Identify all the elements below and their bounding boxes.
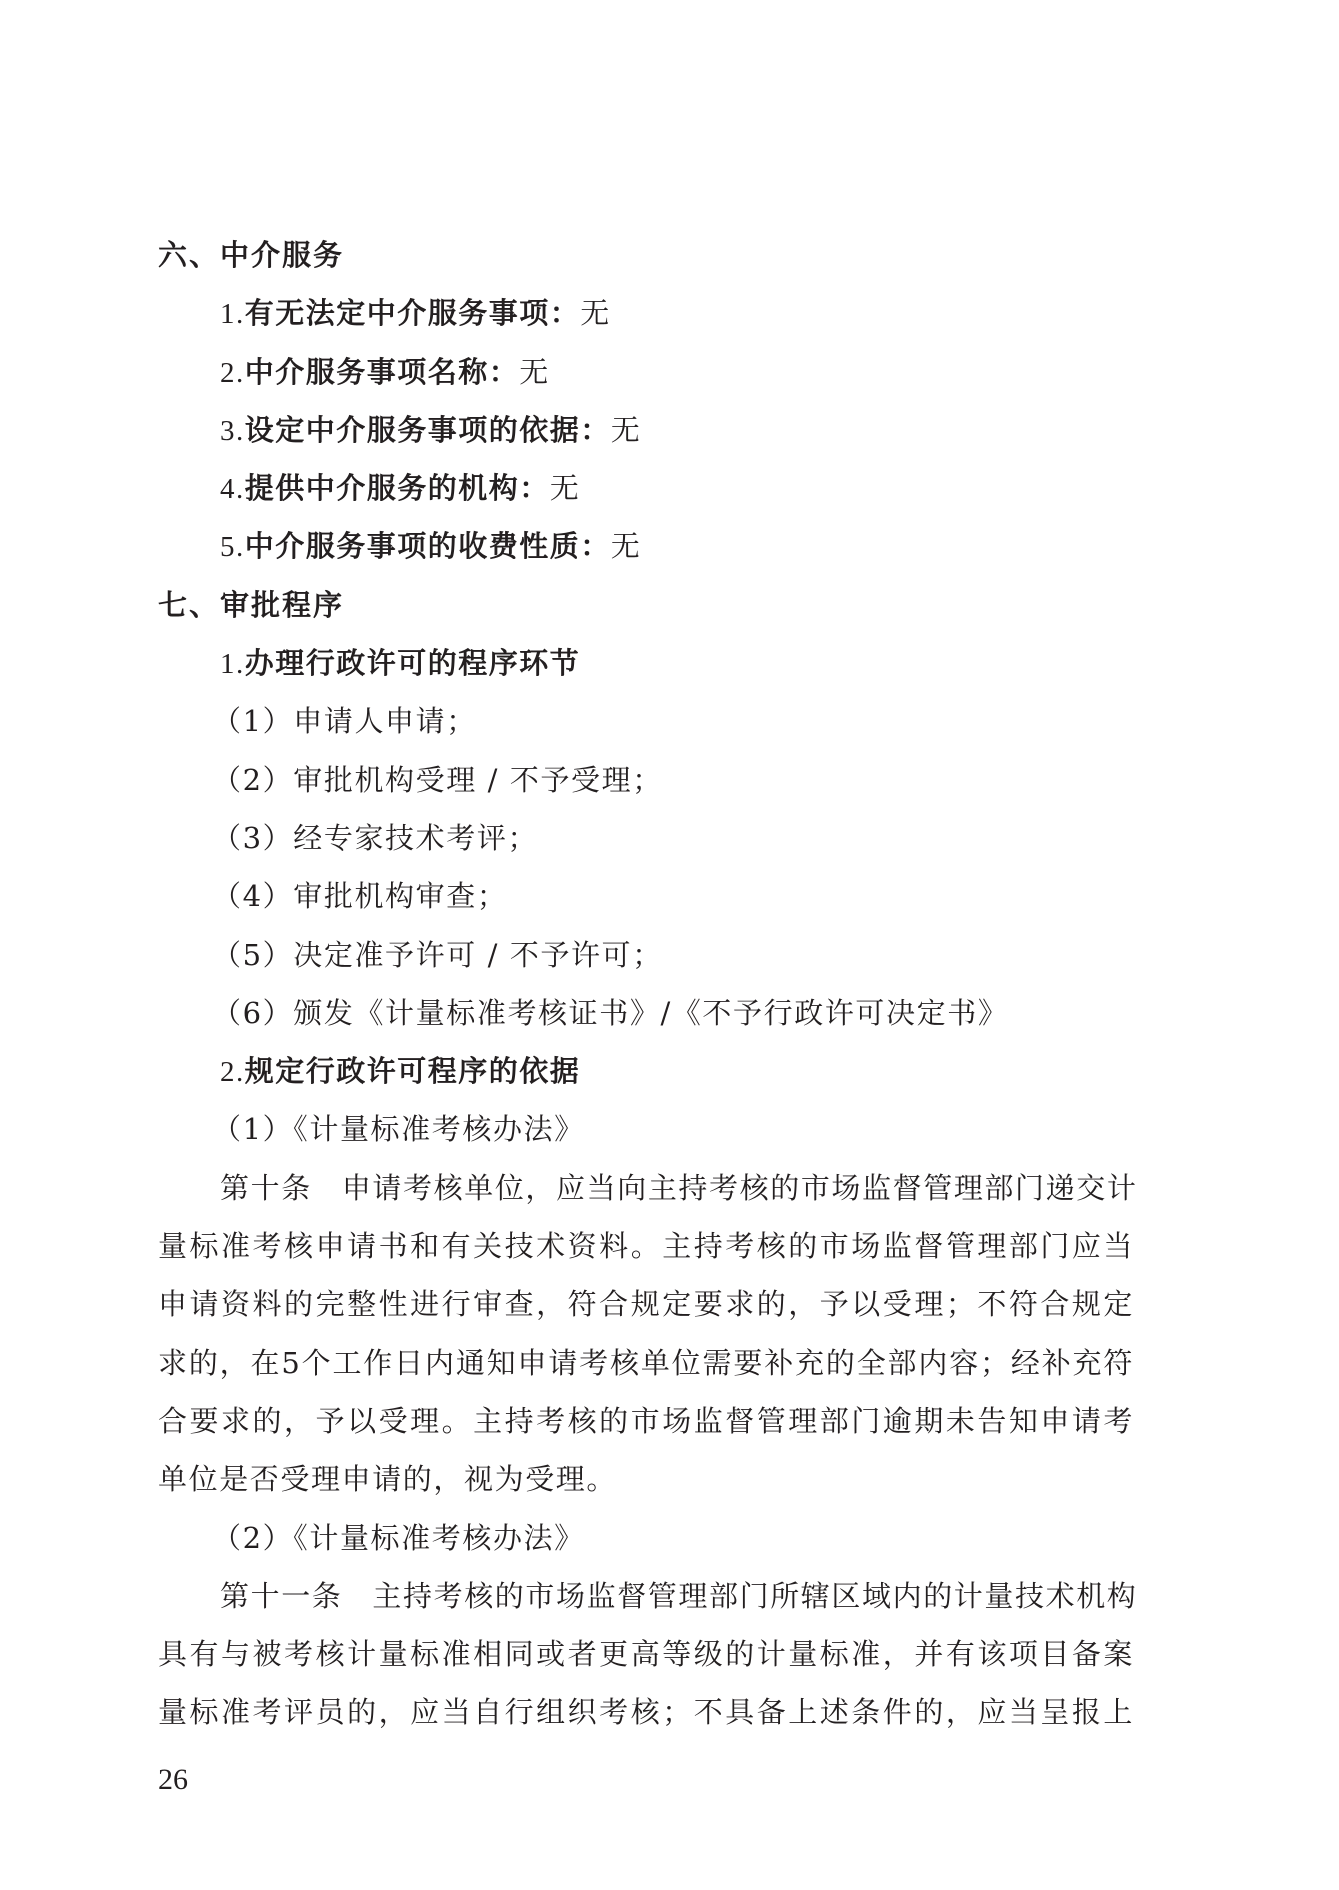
intermediary-item-1: 1.有无法定中介服务事项：无	[158, 284, 1134, 342]
article-10-line-5: 合要求的，予以受理。主持考核的市场监督管理部门逾期未告知申请考核	[158, 1392, 1134, 1450]
document-page: 六、中介服务 1.有无法定中介服务事项：无 2.中介服务事项名称：无 3.设定中…	[158, 226, 1134, 1742]
section-heading-intermediary-services: 六、中介服务	[158, 226, 1134, 284]
procedure-step-4: （4）审批机构审查；	[158, 867, 1134, 925]
subheading-number: 1.	[220, 648, 245, 680]
article-10-line-4: 求的，在5个工作日内通知申请考核单位需要补充的全部内容；经补充符	[158, 1334, 1134, 1392]
item-label: 有无法定中介服务事项：	[245, 296, 581, 330]
item-label: 提供中介服务的机构：	[245, 471, 550, 505]
article-10-line-2: 量标准考核申请书和有关技术资料。主持考核的市场监督管理部门应当对	[158, 1217, 1134, 1275]
item-value: 无	[550, 471, 581, 505]
basis-source-1: （1）《计量标准考核办法》	[158, 1100, 1134, 1158]
article-number: 第十条	[220, 1171, 312, 1205]
intermediary-item-4: 4.提供中介服务的机构：无	[158, 459, 1134, 517]
article-11-line-2: 具有与被考核计量标准相同或者更高等级的计量标准，并有该项目备案计	[158, 1625, 1134, 1683]
procedure-step-3: （3）经专家技术考评；	[158, 809, 1134, 867]
basis-source-2: （2）《计量标准考核办法》	[158, 1509, 1134, 1567]
article-10-line-1: 第十条申请考核单位，应当向主持考核的市场监督管理部门递交计	[158, 1159, 1134, 1217]
item-number: 3.	[220, 415, 245, 447]
subheading-title: 规定行政许可程序的依据	[245, 1054, 581, 1088]
intermediary-item-5: 5.中介服务事项的收费性质：无	[158, 517, 1134, 575]
intermediary-item-3: 3.设定中介服务事项的依据：无	[158, 401, 1134, 459]
item-value: 无	[611, 529, 642, 563]
article-text: 申请考核单位，应当向主持考核的市场监督管理部门递交计	[342, 1171, 1138, 1205]
subheading-procedure-steps: 1.办理行政许可的程序环节	[158, 634, 1134, 692]
procedure-step-6: （6）颁发《计量标准考核证书》/《不予行政许可决定书》	[158, 984, 1134, 1042]
procedure-step-2: （2）审批机构受理 / 不予受理；	[158, 751, 1134, 809]
item-value: 无	[580, 296, 611, 330]
item-value: 无	[611, 413, 642, 447]
procedure-step-5: （5）决定准予许可 / 不予许可；	[158, 926, 1134, 984]
article-number: 第十一条	[220, 1579, 342, 1613]
item-number: 1.	[220, 298, 245, 330]
item-number: 2.	[220, 357, 245, 389]
subheading-number: 2.	[220, 1056, 245, 1088]
subheading-procedure-basis: 2.规定行政许可程序的依据	[158, 1042, 1134, 1100]
item-label: 中介服务事项名称：	[245, 355, 520, 389]
intermediary-item-2: 2.中介服务事项名称：无	[158, 343, 1134, 401]
item-label: 中介服务事项的收费性质：	[245, 529, 611, 563]
item-number: 5.	[220, 531, 245, 563]
page-number: 26	[158, 1762, 188, 1798]
article-text: 主持考核的市场监督管理部门所辖区域内的计量技术机构	[372, 1579, 1137, 1613]
section-heading-approval-procedure: 七、审批程序	[158, 576, 1134, 634]
article-10-line-3: 申请资料的完整性进行审查，符合规定要求的，予以受理；不符合规定要	[158, 1275, 1134, 1333]
item-label: 设定中介服务事项的依据：	[245, 413, 611, 447]
article-10-line-6: 单位是否受理申请的，视为受理。	[158, 1450, 1134, 1508]
article-11-line-3: 量标准考评员的，应当自行组织考核；不具备上述条件的，应当呈报上一	[158, 1683, 1134, 1741]
article-11-line-1: 第十一条主持考核的市场监督管理部门所辖区域内的计量技术机构	[158, 1567, 1134, 1625]
item-number: 4.	[220, 473, 245, 505]
procedure-step-1: （1）申请人申请；	[158, 692, 1134, 750]
subheading-title: 办理行政许可的程序环节	[245, 646, 581, 680]
item-value: 无	[519, 355, 550, 389]
